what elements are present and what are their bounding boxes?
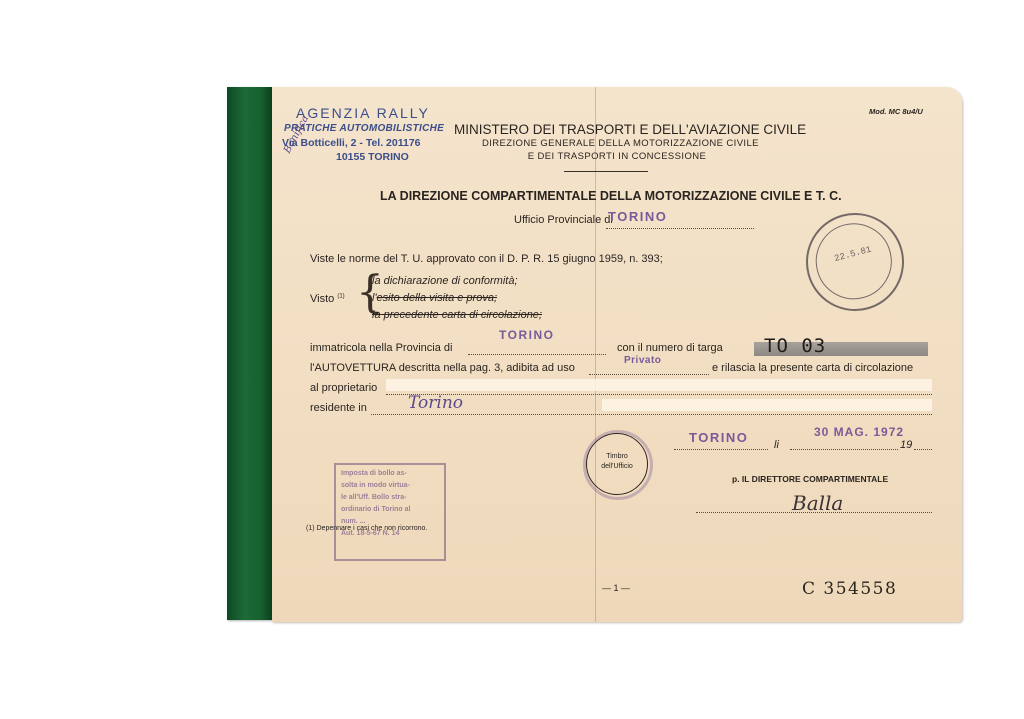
use-value: Privato xyxy=(624,355,661,366)
visto-item-1: la dichiarazione di conformità; xyxy=(372,275,518,287)
place-field-line xyxy=(674,449,768,450)
owner-label: al proprietario xyxy=(310,382,377,394)
agency-city: 10155 TORINO xyxy=(336,151,409,163)
booklet-spine xyxy=(227,87,272,620)
ministry-title: MINISTERO DEI TRASPORTI E DELL'AVIAZIONE… xyxy=(454,122,806,137)
agency-name: AGENZIA RALLY xyxy=(296,105,430,121)
residence-label: residente in xyxy=(310,402,367,414)
plate-label: con il numero di targa xyxy=(617,342,723,354)
norms-text: Viste le norme del T. U. approvato con i… xyxy=(310,253,663,265)
document-page: AGENZIA RALLY PRATICHE AUTOMOBILISTICHE … xyxy=(272,87,962,622)
footnote: (1) Depennare i casi che non ricorrono. xyxy=(306,525,427,532)
section-heading: LA DIREZIONE COMPARTIMENTALE DELLA MOTOR… xyxy=(380,189,842,203)
office-label: Ufficio Provinciale di xyxy=(514,214,613,226)
office-stamp-label-2: dell'Ufficio xyxy=(587,463,647,470)
agency-address: Via Botticelli, 2 - Tel. 201176 xyxy=(282,137,421,149)
serial-number: C 354558 xyxy=(802,579,897,599)
visto-item-3: la precedente carta di circolazione; xyxy=(372,309,542,321)
date-field-line xyxy=(790,449,898,450)
visto-item-2-text: esito della visita e prova; xyxy=(377,292,497,304)
ministry-line-2: E DEI TRASPORTI IN CONCESSIONE xyxy=(482,151,752,162)
header-rule xyxy=(564,171,648,172)
vehicle-label: l'AUTOVETTURA descritta nella pag. 3, ad… xyxy=(310,362,575,374)
office-stamp-circle: Timbro dell'Ufficio xyxy=(586,433,648,495)
office-stamp-label-1: Timbro xyxy=(587,453,647,460)
page-number: — 1 — xyxy=(602,583,630,593)
use-field-line xyxy=(589,374,709,375)
tax-stamp-line: Imposta di bollo as- xyxy=(341,468,439,480)
signature: Balla xyxy=(792,491,843,515)
issue-text: e rilascia la presente carta di circolaz… xyxy=(712,362,913,374)
visto-label: Visto (1) xyxy=(310,293,345,305)
residence-value: Torino xyxy=(408,393,463,413)
residence-redaction xyxy=(602,399,932,411)
office-value: TORINO xyxy=(608,209,667,224)
ministry-line-1: DIREZIONE GENERALE DELLA MOTORIZZAZIONE … xyxy=(482,138,752,149)
handwritten-note: Bonifica xyxy=(282,114,311,156)
province-field-line xyxy=(468,354,606,355)
owner-redaction xyxy=(386,379,932,391)
plate-value: TO 03 xyxy=(764,335,826,357)
date-value: 30 MAG. 1972 xyxy=(814,425,904,439)
owner-field-line xyxy=(386,394,932,395)
visto-text: Visto xyxy=(310,293,334,305)
tax-stamp: Imposta di bollo as- solta in modo virtu… xyxy=(334,463,446,561)
province-label: immatricola nella Provincia di xyxy=(310,342,452,354)
visto-item-2: l'esito della visita e prova; xyxy=(372,292,497,304)
year-field-line xyxy=(914,449,932,450)
tax-stamp-line: solta in modo virtua- xyxy=(341,480,439,492)
footnote-mark: (1) xyxy=(337,293,344,299)
office-field-line xyxy=(606,228,754,229)
date-label: li xyxy=(774,439,779,451)
place-value: TORINO xyxy=(689,430,748,445)
tax-stamp-line: ordinario di Torino al xyxy=(341,504,439,516)
year-prefix: 19 xyxy=(900,439,912,451)
form-code: Mod. MC 8u4/U xyxy=(869,107,923,116)
registry-round-stamp: 22.5.81 xyxy=(795,202,915,322)
residence-field-line xyxy=(371,414,932,415)
tax-stamp-line: le all'Uff. Bollo stra- xyxy=(341,492,439,504)
province-value: TORINO xyxy=(499,328,554,342)
signatory-title: p. IL DIRETTORE COMPARTIMENTALE xyxy=(732,474,888,484)
